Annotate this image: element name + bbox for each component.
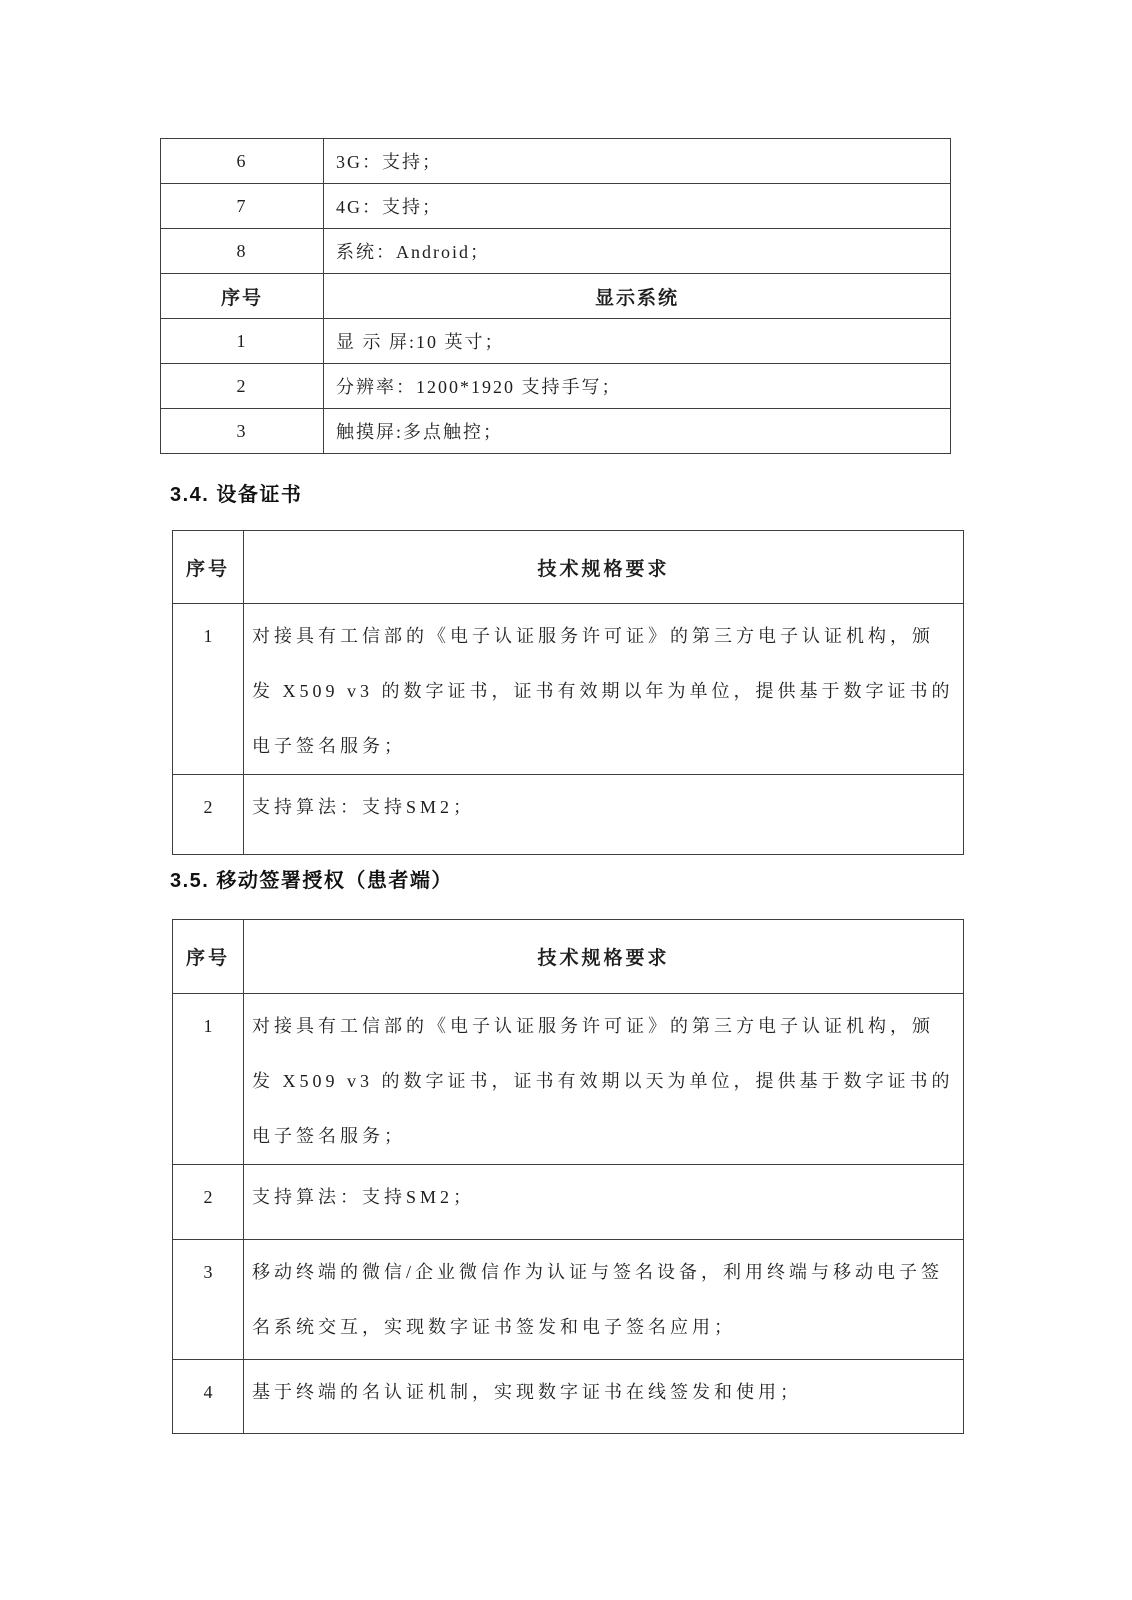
- requirement-text-cell: 支持算法：支持SM2；: [244, 775, 964, 855]
- row-number-cell: 8: [161, 229, 324, 274]
- table-row: 2 支持算法：支持SM2；: [173, 775, 964, 855]
- table-row: 1 对接具有工信部的《电子认证服务许可证》的第三方电子认证机构，颁 发 X509…: [173, 604, 964, 775]
- table-row: 8 系统：Android；: [161, 229, 951, 274]
- header-cell-number: 序号: [173, 531, 244, 604]
- table-row: 3 移动终端的微信/企业微信作为认证与签名设备，利用终端与移动电子签 名系统交互…: [173, 1240, 964, 1360]
- section-heading-3-5: 3.5. 移动签署授权（患者端）: [170, 864, 453, 893]
- row-number-cell: 3: [173, 1240, 244, 1360]
- section-heading-3-4: 3.4. 设备证书: [170, 478, 302, 507]
- device-display-spec-table: 6 3G：支持； 7 4G：支持； 8 系统：Android； 序号 显示系统 …: [160, 138, 951, 454]
- table-header-row: 序号 技术规格要求: [173, 920, 964, 994]
- requirement-text-cell: 基于终端的名认证机制，实现数字证书在线签发和使用；: [244, 1360, 964, 1434]
- device-certificate-table: 序号 技术规格要求 1 对接具有工信部的《电子认证服务许可证》的第三方电子认证机…: [172, 530, 964, 855]
- table-row: 1 显 示 屏:10 英寸；: [161, 319, 951, 364]
- row-number-cell: 1: [173, 604, 244, 775]
- requirement-text-cell: 对接具有工信部的《电子认证服务许可证》的第三方电子认证机构，颁 发 X509 v…: [244, 994, 964, 1165]
- requirement-text-cell: 支持算法：支持SM2；: [244, 1165, 964, 1240]
- row-number-cell: 2: [173, 775, 244, 855]
- spec-text-cell: 4G：支持；: [324, 184, 951, 229]
- header-cell-number: 序号: [161, 274, 324, 319]
- table-header-row: 序号 显示系统: [161, 274, 951, 319]
- spec-text-cell: 触摸屏:多点触控；: [324, 409, 951, 454]
- row-number-cell: 1: [161, 319, 324, 364]
- header-cell-requirements: 技术规格要求: [244, 531, 964, 604]
- table-row: 6 3G：支持；: [161, 139, 951, 184]
- document-page: 6 3G：支持； 7 4G：支持； 8 系统：Android； 序号 显示系统 …: [0, 0, 1132, 1600]
- table-row: 7 4G：支持；: [161, 184, 951, 229]
- spec-text-cell: 分辨率：1200*1920 支持手写；: [324, 364, 951, 409]
- row-number-cell: 2: [173, 1165, 244, 1240]
- table-row: 2 分辨率：1200*1920 支持手写；: [161, 364, 951, 409]
- header-cell-requirements: 技术规格要求: [244, 920, 964, 994]
- row-number-cell: 7: [161, 184, 324, 229]
- spec-text-cell: 3G：支持；: [324, 139, 951, 184]
- row-number-cell: 1: [173, 994, 244, 1165]
- table-row: 3 触摸屏:多点触控；: [161, 409, 951, 454]
- table-header-row: 序号 技术规格要求: [173, 531, 964, 604]
- header-cell-display-system: 显示系统: [324, 274, 951, 319]
- table-row: 1 对接具有工信部的《电子认证服务许可证》的第三方电子认证机构，颁 发 X509…: [173, 994, 964, 1165]
- spec-text-cell: 系统：Android；: [324, 229, 951, 274]
- row-number-cell: 6: [161, 139, 324, 184]
- table-row: 2 支持算法：支持SM2；: [173, 1165, 964, 1240]
- row-number-cell: 3: [161, 409, 324, 454]
- row-number-cell: 2: [161, 364, 324, 409]
- table-row: 4 基于终端的名认证机制，实现数字证书在线签发和使用；: [173, 1360, 964, 1434]
- row-number-cell: 4: [173, 1360, 244, 1434]
- requirement-text-cell: 移动终端的微信/企业微信作为认证与签名设备，利用终端与移动电子签 名系统交互，实…: [244, 1240, 964, 1360]
- header-cell-number: 序号: [173, 920, 244, 994]
- mobile-signing-auth-table: 序号 技术规格要求 1 对接具有工信部的《电子认证服务许可证》的第三方电子认证机…: [172, 919, 964, 1434]
- requirement-text-cell: 对接具有工信部的《电子认证服务许可证》的第三方电子认证机构，颁 发 X509 v…: [244, 604, 964, 775]
- spec-text-cell: 显 示 屏:10 英寸；: [324, 319, 951, 364]
